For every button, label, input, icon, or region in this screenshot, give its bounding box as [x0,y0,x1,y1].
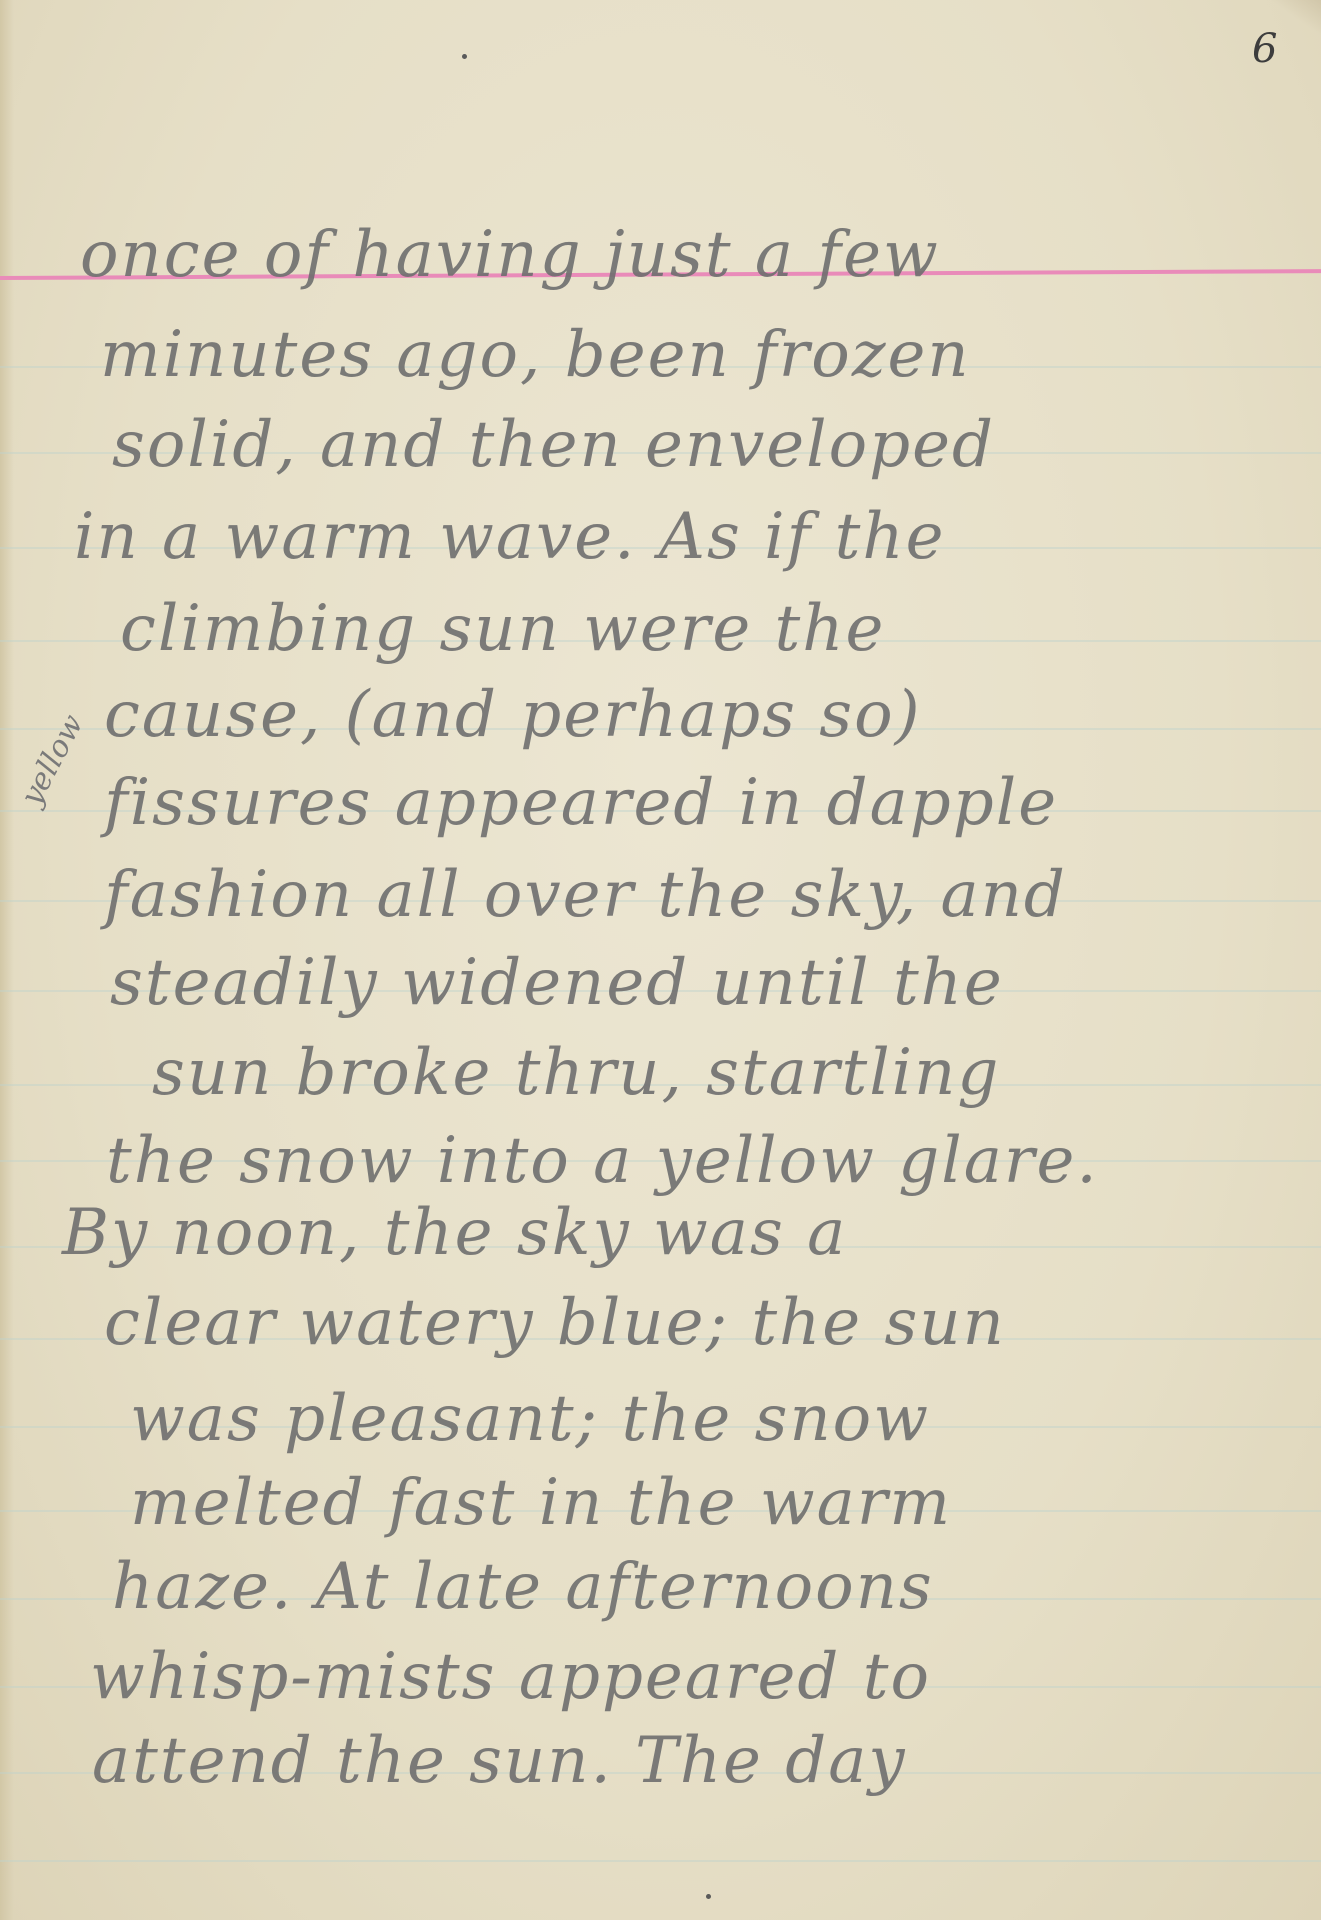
text-line: melted fast in the warm [130,1466,952,1540]
notebook-page: 6 yellow once of having just a few minut… [0,0,1321,1920]
text-line: clear watery blue; the sun [104,1286,1006,1360]
text-line: fissures appeared in dapple [104,766,1058,840]
text-line: once of having just a few [80,218,940,292]
text-line: the snow into a yellow glare. [106,1124,1099,1198]
text-line: climbing sun were the [120,592,885,666]
text-line: was pleasant; the snow [130,1382,930,1456]
text-line: cause, (and perhaps so) [104,678,922,752]
text-line: haze. At late afternoons [112,1550,934,1624]
margin-annotation: yellow [14,709,91,812]
text-line: whisp-mists appeared to [90,1640,931,1714]
text-line: fashion all over the sky, and [104,858,1067,932]
text-line: solid, and then enveloped [112,408,995,482]
text-line: in a warm wave. As if the [74,500,945,574]
text-line: By noon, the sky was a [62,1196,847,1270]
page-edge [0,0,14,1920]
text-line: sun broke thru, startling [152,1036,1000,1110]
paper-speck [462,54,467,59]
text-line: steadily widened until the [110,946,1004,1020]
page-number: 6 [1252,26,1277,72]
ruled-line [0,1860,1321,1862]
text-line: minutes ago, been frozen [100,318,971,392]
paper-speck [706,1894,711,1899]
text-line: attend the sun. The day [92,1724,907,1798]
